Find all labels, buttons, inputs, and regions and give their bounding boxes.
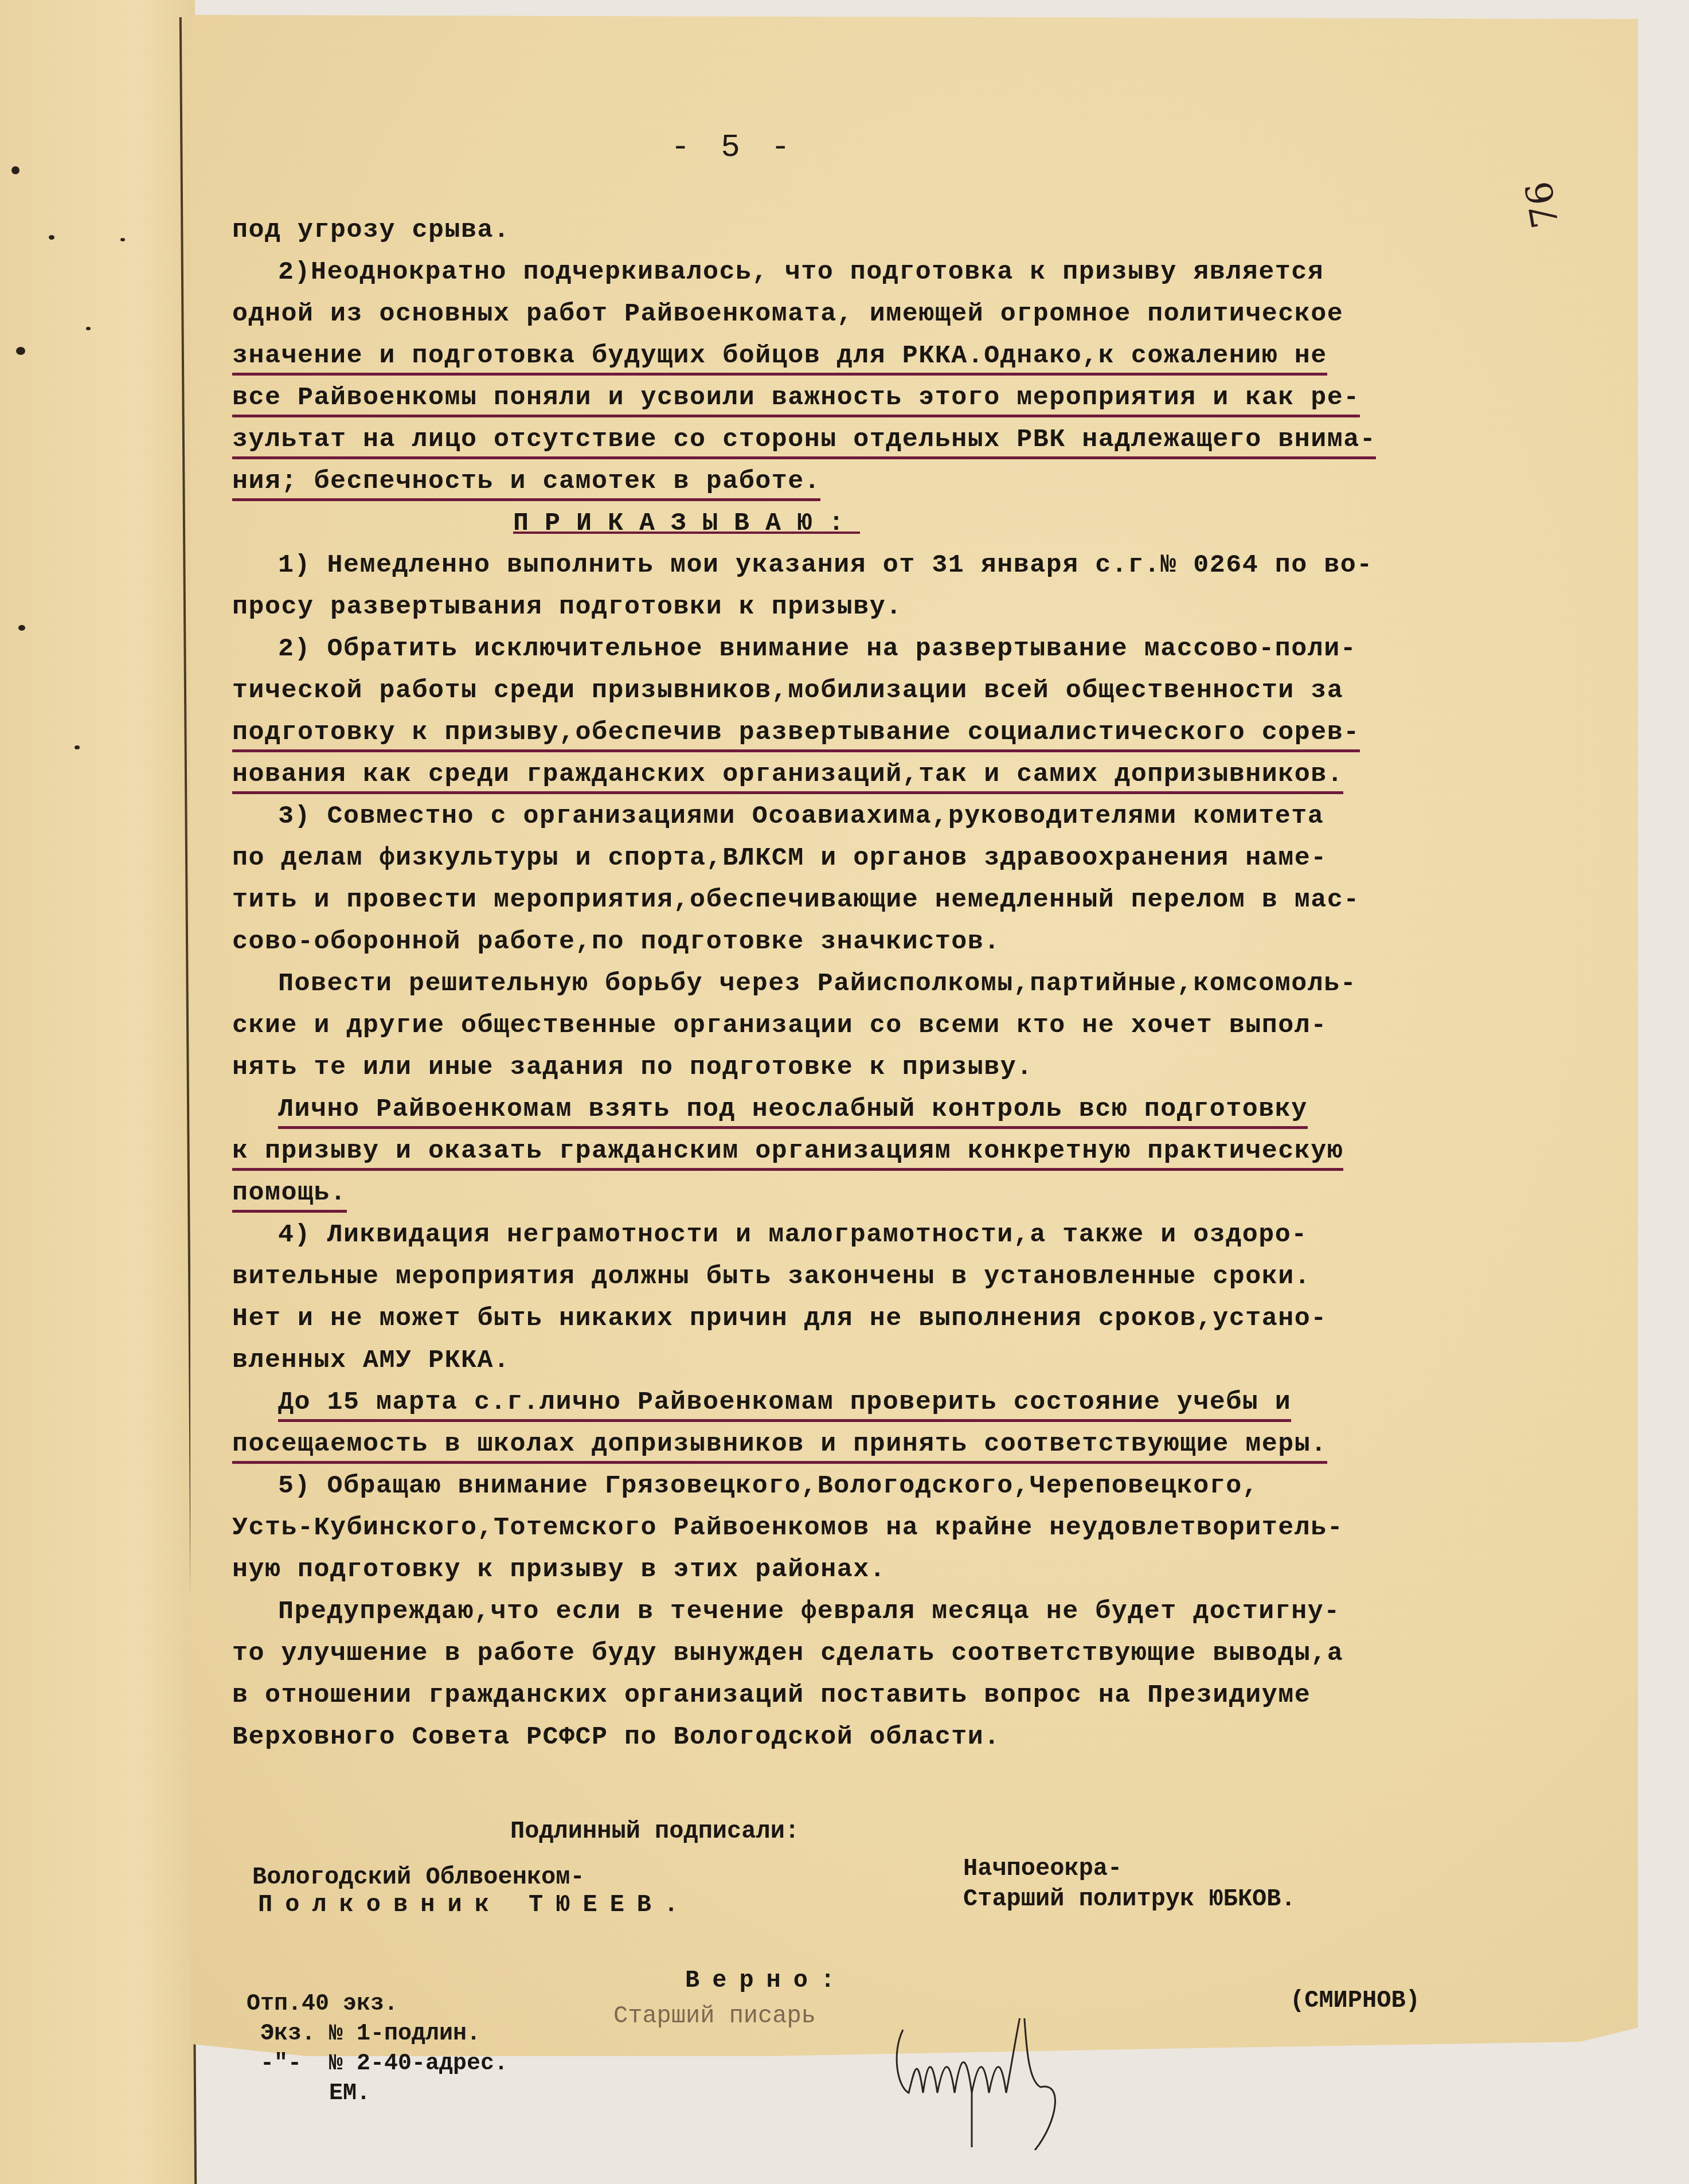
text-line: 1) Немедленно выполнить мои указания от … — [232, 544, 1551, 586]
underlined-text: подготовку к призыву,обеспечив развертыв… — [232, 718, 1360, 752]
copies-line: ЕМ. — [247, 2079, 508, 2109]
text-line: тической работы среди призывников,мобили… — [232, 670, 1551, 712]
text-line: вленных АМУ РККА. — [232, 1339, 1551, 1381]
distribution-notes: Отп.40 экз. Экз. № 1-подлин. -"- № 2-40-… — [247, 1990, 508, 2109]
text-line-underlined: к призыву и оказать гражданским организа… — [232, 1130, 1551, 1172]
copies-line: Отп.40 экз. — [247, 1990, 508, 2019]
order-heading: ПРИКАЗЫВАЮ: — [232, 502, 1551, 544]
original-signed-label: Подлинный подписали: — [510, 1818, 799, 1845]
underlined-text: помощь. — [232, 1178, 347, 1213]
underlined-text: все Райвоенкомы поняли и усвоили важност… — [232, 383, 1360, 417]
text-line: Верховного Совета РСФСР по Вологодской о… — [232, 1716, 1551, 1758]
copies-line: Экз. № 1-подлин. — [247, 2019, 508, 2049]
verified-position: Старший писарь — [613, 2002, 816, 2030]
ink-speck — [120, 238, 125, 241]
ink-speck — [49, 235, 54, 240]
text-line-underlined: значение и подготовка будущих бойцов для… — [232, 335, 1551, 377]
underlined-text: значение и подготовка будущих бойцов для… — [232, 341, 1327, 376]
text-line: сово-оборонной работе,по подготовке знач… — [232, 921, 1551, 963]
text-line-underlined: зультат на лицо отсутствие со стороны от… — [232, 419, 1551, 460]
ink-speck — [86, 327, 91, 330]
document-body: под угрозу срыва. 2)Неоднократно подчерк… — [232, 209, 1551, 1758]
text-line: ские и другие общественные организации с… — [232, 1005, 1551, 1046]
underlined-text: к призыву и оказать гражданским организа… — [232, 1136, 1343, 1171]
right-signatory-title: Начпоеокра- — [963, 1855, 1122, 1882]
text-line-underlined: подготовку к призыву,обеспечив развертыв… — [232, 712, 1551, 753]
ink-speck — [11, 166, 19, 174]
text-line: в отношении гражданских организаций пост… — [232, 1674, 1551, 1716]
underlined-text: зультат на лицо отсутствие со стороны от… — [232, 425, 1376, 459]
handwritten-signature — [892, 2018, 1190, 2150]
text-line: 5) Обращаю внимание Грязовецкого,Вологод… — [232, 1465, 1551, 1507]
text-line: вительные мероприятия должны быть законч… — [232, 1256, 1551, 1298]
text-line-underlined: нования как среди гражданских организаци… — [232, 753, 1551, 795]
text-line: нять те или иные задания по подготовке к… — [232, 1046, 1551, 1088]
text-line: то улучшение в работе буду вынужден сдел… — [232, 1632, 1551, 1674]
text-line-underlined: помощь. — [232, 1172, 1551, 1214]
text-line: под угрозу срыва. — [232, 209, 1551, 251]
text-line: просу развертывания подготовки к призыву… — [232, 586, 1551, 628]
page-number: - 5 - — [671, 129, 796, 166]
underlined-text: Лично Райвоенкомам взять под неослабный … — [278, 1095, 1308, 1129]
ink-speck — [18, 625, 25, 631]
underlined-text: До 15 марта с.г.лично Райвоенкомам прове… — [278, 1388, 1291, 1422]
text-line-underlined: ния; беспечность и самотек в работе. — [232, 460, 1551, 502]
text-line: Повести решительную борьбу через Райиспо… — [232, 963, 1551, 1005]
underlined-text: посещаемость в школах допризывников и пр… — [232, 1429, 1327, 1464]
text-line-underlined: все Райвоенкомы поняли и усвоили важност… — [232, 377, 1551, 419]
text-line: ную подготовку к призыву в этих районах. — [232, 1549, 1551, 1591]
text-line-underlined: Лично Райвоенкомам взять под неослабный … — [232, 1088, 1551, 1130]
left-signatory-title: Вологодский Облвоенком- — [252, 1863, 585, 1891]
text-line-underlined: посещаемость в школах допризывников и пр… — [232, 1423, 1551, 1465]
ink-speck — [16, 347, 25, 355]
text-line: тить и провести мероприятия,обеспечивающ… — [232, 879, 1551, 921]
text-line: по делам физкультуры и спорта,ВЛКСМ и ор… — [232, 837, 1551, 879]
text-line: Предупреждаю,что если в течение февраля … — [232, 1591, 1551, 1632]
text-line: Усть-Кубинского,Тотемского Райвоенкомов … — [232, 1507, 1551, 1549]
verified-name: (СМИРНОВ) — [1290, 1987, 1420, 2014]
underlined-text: ния; беспечность и самотек в работе. — [232, 467, 820, 501]
text-line: 3) Совместно с организациями Осоавиахима… — [232, 795, 1551, 837]
left-facing-page — [0, 0, 195, 2184]
verified-label: Верно: — [685, 1967, 847, 1994]
ink-speck — [75, 745, 80, 749]
text-line-underlined: До 15 марта с.г.лично Райвоенкомам прове… — [232, 1381, 1551, 1423]
text-line: одной из основных работ Райвоенкомата, и… — [232, 293, 1551, 335]
text-line: Нет и не может быть никаких причин для н… — [232, 1298, 1551, 1339]
underlined-text: нования как среди гражданских организаци… — [232, 760, 1343, 794]
right-signatory-name: Старший политрук ЮБКОВ. — [963, 1885, 1296, 1913]
left-signatory-name: Полковник ТЮЕЕВ. — [258, 1891, 691, 1919]
text-line: 4) Ликвидация неграмотности и малограмот… — [232, 1214, 1551, 1256]
text-line: 2) Обратить исключительное внимание на р… — [232, 628, 1551, 670]
text-line: 2)Неоднократно подчеркивалось, что подго… — [232, 251, 1551, 293]
copies-line: -"- № 2-40-адрес. — [247, 2049, 508, 2079]
